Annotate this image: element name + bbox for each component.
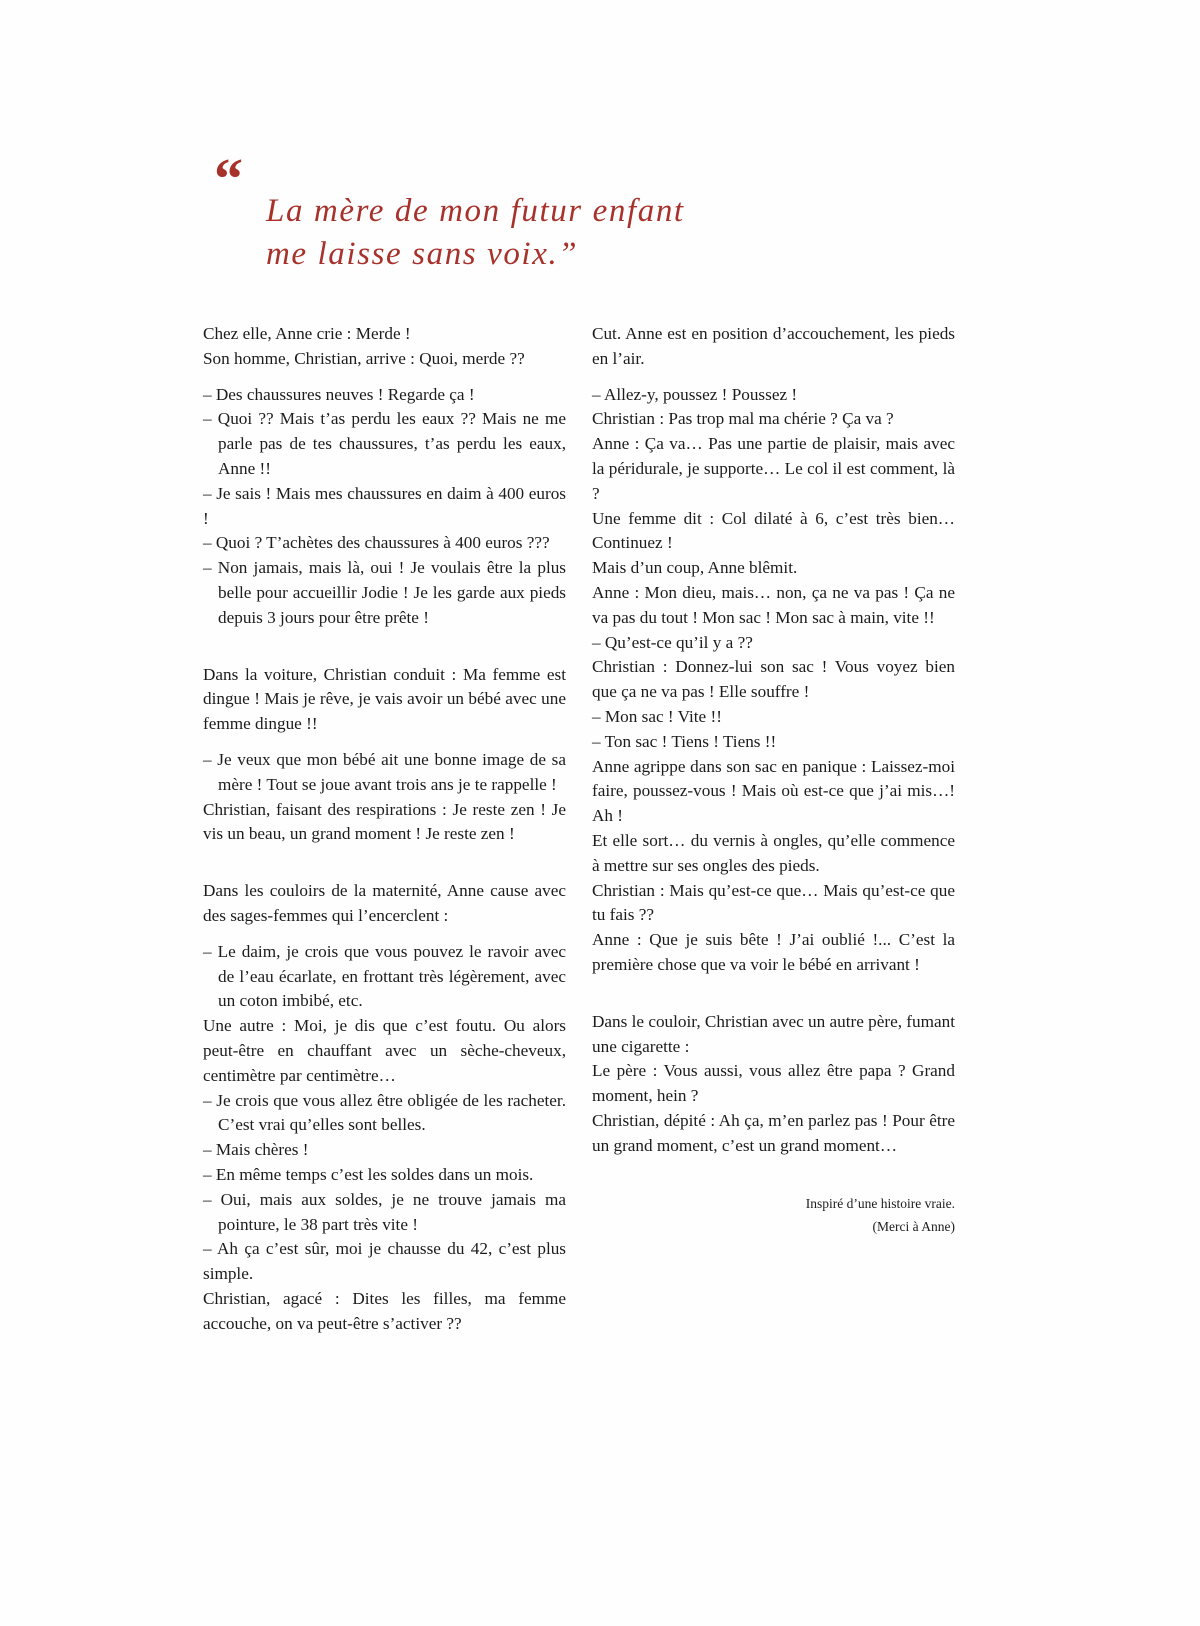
- paragraph-delivery-dialogue: – Allez-y, poussez ! Poussez ! Christian…: [592, 383, 955, 978]
- paragraph-car-dialogue: – Je veux que mon bébé ait une bonne ima…: [203, 748, 566, 847]
- dialogue-line: – Je veux que mon bébé ait une bonne ima…: [203, 748, 566, 798]
- text-line: Chez elle, Anne crie : Merde !: [203, 322, 566, 347]
- dialogue-line: Christian, dépité : Ah ça, m’en parlez p…: [592, 1109, 955, 1159]
- dialogue-line: – Quoi ? T’achètes des chaussures à 400 …: [203, 531, 566, 556]
- dialogue-line: Une autre : Moi, je dis que c’est foutu.…: [203, 1014, 566, 1088]
- dialogue-line: – Non jamais, mais là, oui ! Je voulais …: [203, 556, 566, 630]
- open-quote-icon: “: [214, 150, 241, 208]
- dialogue-line: Anne agrippe dans son sac en panique : L…: [592, 755, 955, 829]
- dialogue-line: Anne : Ça va… Pas une partie de plaisir,…: [592, 432, 955, 506]
- headline: La mère de mon futur enfant me laisse sa…: [266, 190, 685, 276]
- dialogue-line: – Mon sac ! Vite !!: [592, 705, 955, 730]
- story-credits: Inspiré d’une histoire vraie. (Merci à A…: [592, 1192, 955, 1238]
- dialogue-line: Christian, faisant des respirations : Je…: [203, 798, 566, 848]
- credits-line-1: Inspiré d’une histoire vraie.: [592, 1192, 955, 1215]
- text-line: Dans le couloir, Christian avec un autre…: [592, 1010, 955, 1060]
- dialogue-line: Christian : Donnez-lui son sac ! Vous vo…: [592, 655, 955, 705]
- dialogue-line: – Mais chères !: [203, 1138, 566, 1163]
- headline-line-2: me laisse sans voix.”: [266, 233, 685, 276]
- dialogue-line: Anne : Mon dieu, mais… non, ça ne va pas…: [592, 581, 955, 631]
- dialogue-line: – Allez-y, poussez ! Poussez !: [592, 383, 955, 408]
- dialogue-line: – Quoi ?? Mais t’as perdu les eaux ?? Ma…: [203, 407, 566, 481]
- text-column-left: Chez elle, Anne crie : Merde ! Son homme…: [203, 322, 566, 1336]
- paragraph-midwives-dialogue: – Le daim, je crois que vous pouvez le r…: [203, 940, 566, 1337]
- paragraph-car: Dans la voiture, Christian conduit : Ma …: [203, 663, 566, 737]
- paragraph-intro: Chez elle, Anne crie : Merde ! Son homme…: [203, 322, 566, 372]
- dialogue-line: – Oui, mais aux soldes, je ne trouve jam…: [203, 1188, 566, 1238]
- magazine-page: “ La mère de mon futur enfant me laisse …: [0, 0, 1200, 1626]
- dialogue-line: Mais d’un coup, Anne blêmit.: [592, 556, 955, 581]
- paragraph-corridor: Dans les couloirs de la maternité, Anne …: [203, 879, 566, 929]
- dialogue-line: Le père : Vous aussi, vous allez être pa…: [592, 1059, 955, 1109]
- text-line: Dans la voiture, Christian conduit : Ma …: [203, 663, 566, 737]
- dialogue-line: – Ah ça c’est sûr, moi je chausse du 42,…: [203, 1237, 566, 1287]
- credits-line-2: (Merci à Anne): [592, 1215, 955, 1238]
- paragraph-delivery: Cut. Anne est en position d’accouchement…: [592, 322, 955, 372]
- text-line: Son homme, Christian, arrive : Quoi, mer…: [203, 347, 566, 372]
- headline-line-1: La mère de mon futur enfant: [266, 190, 685, 233]
- dialogue-line: – En même temps c’est les soldes dans un…: [203, 1163, 566, 1188]
- dialogue-line: Christian : Pas trop mal ma chérie ? Ça …: [592, 407, 955, 432]
- dialogue-line: – Je sais ! Mais mes chaussures en daim …: [203, 482, 566, 532]
- dialogue-line: – Des chaussures neuves ! Regarde ça !: [203, 383, 566, 408]
- paragraph-hallway: Dans le couloir, Christian avec un autre…: [592, 1010, 955, 1159]
- dialogue-line: Anne : Que je suis bête ! J’ai oublié !.…: [592, 928, 955, 978]
- dialogue-line: – Ton sac ! Tiens ! Tiens !!: [592, 730, 955, 755]
- dialogue-line: – Qu’est-ce qu’il y a ??: [592, 631, 955, 656]
- dialogue-line: Christian : Mais qu’est-ce que… Mais qu’…: [592, 879, 955, 929]
- dialogue-line: Christian, agacé : Dites les filles, ma …: [203, 1287, 566, 1337]
- dialogue-line: – Le daim, je crois que vous pouvez le r…: [203, 940, 566, 1014]
- dialogue-line: Une femme dit : Col dilaté à 6, c’est tr…: [592, 507, 955, 557]
- text-column-right: Cut. Anne est en position d’accouchement…: [592, 322, 955, 1238]
- dialogue-line: – Je crois que vous allez être obligée d…: [203, 1089, 566, 1139]
- text-line: Dans les couloirs de la maternité, Anne …: [203, 879, 566, 929]
- dialogue-line: Et elle sort… du vernis à ongles, qu’ell…: [592, 829, 955, 879]
- text-line: Cut. Anne est en position d’accouchement…: [592, 322, 955, 372]
- paragraph-shoes-dialogue: – Des chaussures neuves ! Regarde ça ! –…: [203, 383, 566, 631]
